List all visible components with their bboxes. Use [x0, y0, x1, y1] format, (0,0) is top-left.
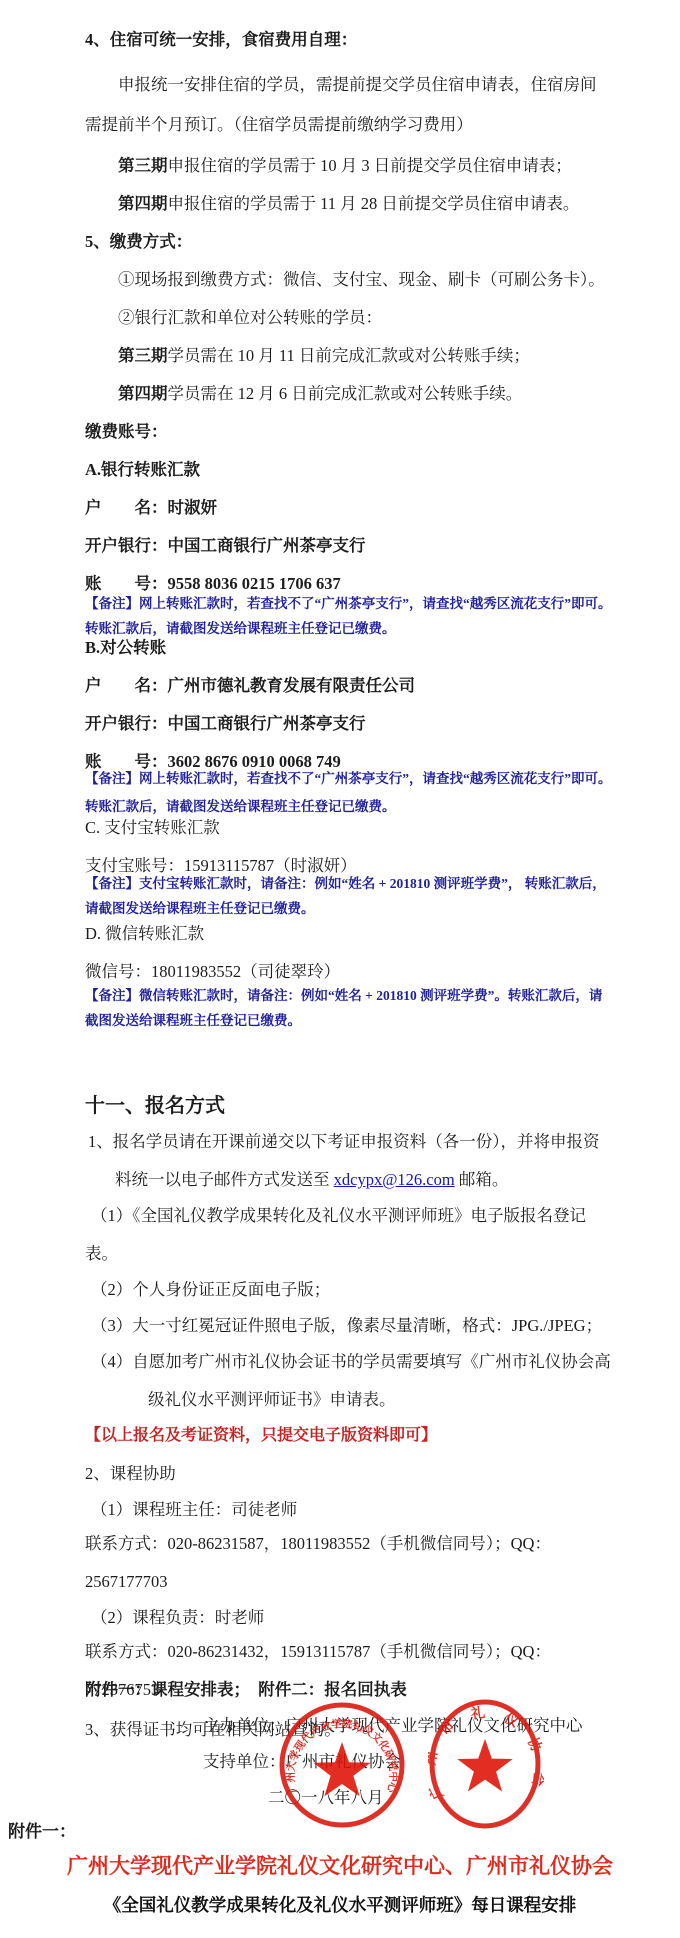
- bank-b-holder: 户 名：广州市德礼教育发展有限责任公司: [85, 667, 612, 705]
- email-link[interactable]: xdcypx@126.com: [334, 1170, 455, 1189]
- accommodation-phase4: 第四期申报住宿的学员需于 11 月 28 日前提交学员住宿申请表。: [85, 185, 612, 223]
- official-stamp-research-center: 广州大学现代产业学院礼仪文化研究中心: [277, 1700, 407, 1830]
- official-stamp-etiquette-association: 广州市礼仪协会: [428, 1698, 544, 1831]
- payment-onsite: ①现场报到缴费方式：微信、支付宝、现金、刷卡（可刷公务卡）。: [85, 261, 612, 299]
- staff2-title: （2）课程负责：时老师: [85, 1599, 612, 1637]
- accommodation-heading: 4、住宿可统一安排，食宿费用自理：: [85, 21, 612, 59]
- staff1-title: （1）课程班主任：司徒老师: [85, 1491, 612, 1529]
- bank-a-heading: A.银行转账汇款: [85, 451, 612, 489]
- notice-document: 4、住宿可统一安排，食宿费用自理： 申报统一安排住宿的学员，需提前提交学员住宿申…: [0, 0, 680, 1938]
- attachments-line: 附件一：课程安排表； 附件二：报名回执表: [85, 1678, 407, 1702]
- item2-heading: 2、课程协助: [85, 1455, 612, 1493]
- account-heading: 缴费账号：: [85, 413, 612, 451]
- registration-item1: 1、报名学员请在开课前递交以下考证申报资料（各一份），并将申报资料统一以电子邮件…: [85, 1123, 612, 1199]
- doc-item-4: （4）自愿加考广州市礼仪协会证书的学员需要填写《广州市礼仪协会高级礼仪水平测评师…: [85, 1343, 612, 1419]
- payment-phase4: 第四期学员需在 12 月 6 日前完成汇款或对公转账手续。: [85, 375, 612, 413]
- doc-item-3: （3）大一寸红冕冠证件照电子版，像素尽量清晰，格式：JPG./JPEG；: [85, 1307, 612, 1345]
- phase3-text: 学员需在 10 月 11 日前完成汇款或对公转账手续；: [168, 346, 530, 365]
- phase4-label: 第四期: [118, 384, 168, 403]
- alipay-note: 【备注】支付宝转账汇款时，请备注：例如“姓名 + 201810 测评班学费”， …: [85, 871, 612, 921]
- payment-phase3: 第三期学员需在 10 月 11 日前完成汇款或对公转账手续；: [85, 337, 612, 375]
- phase4-label: 第四期: [118, 194, 168, 213]
- accommodation-intro: 申报统一安排住宿的学员，需提前提交学员住宿申请表，住宿房间需提前半个月预订。（住…: [85, 65, 612, 145]
- phase3-label: 第三期: [118, 156, 168, 175]
- payment-heading: 5、缴费方式：: [85, 223, 612, 261]
- payment-bank-intro: ②银行汇款和单位对公转账的学员：: [85, 299, 612, 337]
- stamp-star-icon: [313, 1742, 370, 1796]
- phase4-text: 申报住宿的学员需于 11 月 28 日前提交学员住宿申请表。: [168, 194, 580, 213]
- item1-text-end: 邮箱。: [455, 1170, 509, 1189]
- bank-a-holder: 户 名：时淑妍: [85, 489, 612, 527]
- annex1-title: 广州大学现代产业学院礼仪文化研究中心、广州市礼仪协会: [0, 1854, 680, 1878]
- staff1-contact: 联系方式：020-86231587，18011983552（手机微信同号）；QQ…: [85, 1525, 612, 1601]
- annex1-subtitle: 《全国礼仪教学成果转化及礼仪水平测评师班》每日课程安排: [0, 1893, 680, 1917]
- stamp-star-icon: [457, 1739, 512, 1792]
- doc-item-2: （2）个人身份证正反面电子版；: [85, 1271, 612, 1309]
- alert-line: 【以上报名及考证资料，只提交电子版资料即可】: [85, 1417, 612, 1455]
- registration-heading: 十一、报名方式: [85, 1085, 612, 1127]
- phase3-label: 第三期: [118, 346, 168, 365]
- document-body: 4、住宿可统一安排，食宿费用自理： 申报统一安排住宿的学员，需提前提交学员住宿申…: [85, 21, 612, 1749]
- wechat-heading: D. 微信转账汇款: [85, 915, 612, 953]
- annex1-label: 附件一：: [8, 1820, 76, 1844]
- bank-b-bank: 开户银行：中国工商银行广州茶亭支行: [85, 705, 612, 743]
- doc-item-1: （1）《全国礼仪教学成果转化及礼仪水平测评师班》电子版报名登记表。: [85, 1197, 612, 1273]
- accommodation-phase3: 第三期申报住宿的学员需于 10 月 3 日前提交学员住宿申请表；: [85, 147, 612, 185]
- bank-a-bank: 开户银行：中国工商银行广州茶亭支行: [85, 527, 612, 565]
- phase4-text: 学员需在 12 月 6 日前完成汇款或对公转账手续。: [168, 384, 523, 403]
- wechat-note: 【备注】微信转账汇款时，请备注：例如“姓名 + 201810 测评班学费”。转账…: [85, 983, 612, 1033]
- phase3-text: 申报住宿的学员需于 10 月 3 日前提交学员住宿申请表；: [168, 156, 572, 175]
